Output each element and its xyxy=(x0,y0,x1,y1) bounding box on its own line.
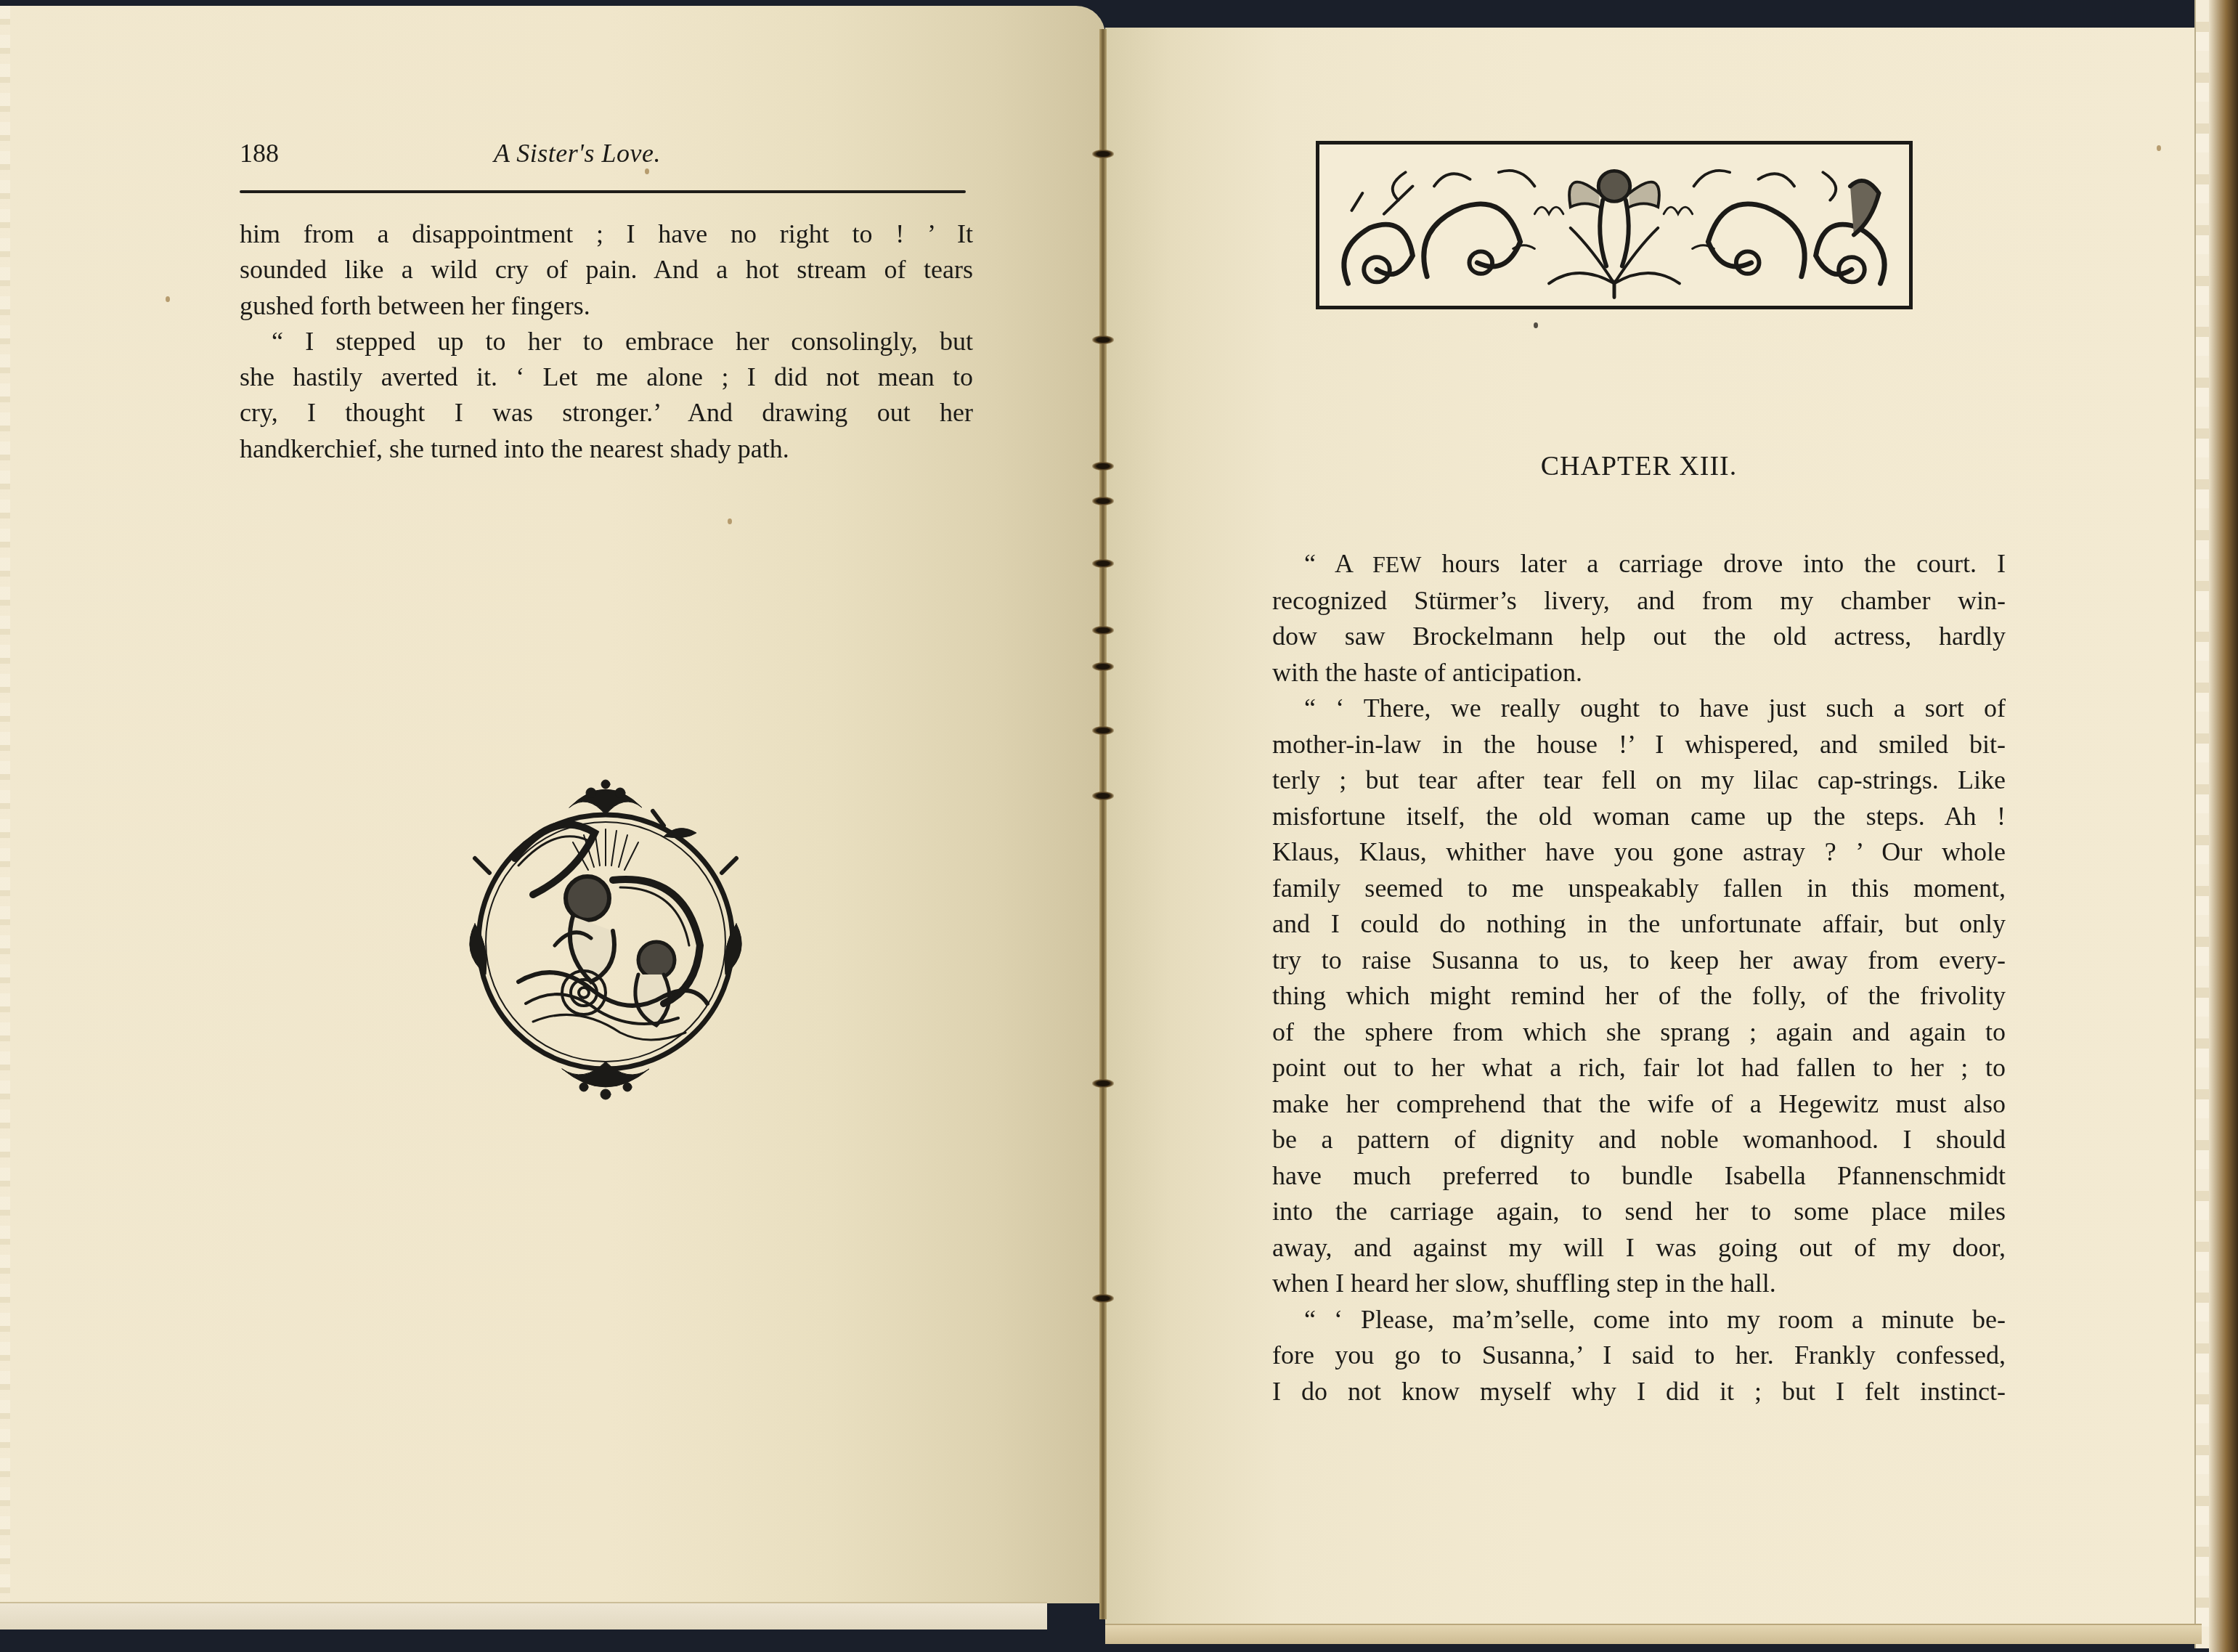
header-rule xyxy=(240,190,966,193)
text-line: “ ‘ There, we really ought to have just … xyxy=(1272,691,2006,727)
text-line: terly ; but tear after tear fell on my l… xyxy=(1272,762,2006,799)
text-line: point out to her what a rich, fair lot h… xyxy=(1272,1050,2006,1086)
binding-stitch-icon xyxy=(1092,150,1114,158)
right-page-body: “ A FEW hours later a carriage drove int… xyxy=(1272,546,2006,1409)
running-title: A Sister's Love. xyxy=(494,138,661,168)
text-line: try to raise Susanna to us, to keep her … xyxy=(1272,943,2006,979)
binding-stitch-icon xyxy=(1092,726,1114,735)
gutter-spine xyxy=(1099,29,1107,1619)
text-line: and I could do nothing in the unfortunat… xyxy=(1272,906,2006,943)
binding-stitch-icon xyxy=(1092,559,1114,568)
text-line: “ I stepped up to her to embrace her con… xyxy=(240,324,973,359)
foxing-spot xyxy=(166,296,170,302)
text-line: of the sphere from which she sprang ; ag… xyxy=(1272,1014,2006,1051)
text-line: be a pattern of dignity and noble womanh… xyxy=(1272,1122,2006,1158)
foxing-spot xyxy=(645,168,649,174)
text-line: cry, I thought I was stronger.’ And draw… xyxy=(240,395,973,431)
text-line: misfortune itself, the old woman came up… xyxy=(1272,799,2006,835)
binding-stitch-icon xyxy=(1092,1079,1114,1088)
text-line: sounded like a wild cry of pain. And a h… xyxy=(240,252,973,288)
book-cover-edge xyxy=(2209,0,2238,1652)
foxing-spot xyxy=(728,518,732,524)
text-line: Klaus, Klaus, whither have you gone astr… xyxy=(1272,834,2006,871)
left-page-body: him from a disappointment ; I have no ri… xyxy=(240,216,973,467)
chapter-title: CHAPTER XIII. xyxy=(1272,450,2006,482)
text-line: dow saw Brockelmann help out the old act… xyxy=(1272,619,2006,655)
left-page-bottom-edge xyxy=(0,1602,1047,1629)
text-line: I do not know myself why I did it ; but … xyxy=(1272,1374,2006,1410)
text-line: into the carriage again, to send her to … xyxy=(1272,1194,2006,1230)
text-line: she hastily averted it. ‘ Let me alone ;… xyxy=(240,359,973,395)
page-number: 188 xyxy=(240,138,279,168)
binding-stitch-icon xyxy=(1092,792,1114,800)
text-line: have much preferred to bundle Isabella P… xyxy=(1272,1158,2006,1195)
text-line: make her comprehend that the wife of a H… xyxy=(1272,1086,2006,1123)
right-page-bottom-edge xyxy=(1105,1624,2202,1644)
text-line: recognized Stürmer’s livery, and from my… xyxy=(1272,583,2006,619)
binding-stitch-icon xyxy=(1092,462,1114,471)
text-line: thing which might remind her of the foll… xyxy=(1272,978,2006,1014)
text-line: gushed forth between her fingers. xyxy=(240,288,973,324)
running-head: 188 A Sister's Love. xyxy=(240,138,966,174)
foxing-spot xyxy=(2157,145,2161,151)
binding-stitch-icon xyxy=(1092,335,1114,344)
book-spread: 188 A Sister's Love. him from a disappoi… xyxy=(0,0,2238,1652)
binding-stitch-icon xyxy=(1092,626,1114,635)
text-line: “ ‘ Please, ma’m’selle, come into my roo… xyxy=(1272,1302,2006,1338)
opening-line-rest: hours later a carriage drove into the co… xyxy=(1422,549,2006,578)
tailpiece-ornament-icon xyxy=(446,764,765,1105)
ink-speck xyxy=(1534,322,1538,328)
text-line: him from a disappointment ; I have no ri… xyxy=(240,216,973,252)
text-line: when I heard her slow, shuffling step in… xyxy=(1272,1266,2006,1302)
text-line: family seemed to me unspeakably fallen i… xyxy=(1272,871,2006,907)
text-line: away, and against my will I was going ou… xyxy=(1272,1230,2006,1266)
opening-quote: “ A xyxy=(1304,549,1372,578)
binding-stitch-icon xyxy=(1092,1294,1114,1303)
text-line: mother-in-law in the house !’ I whispere… xyxy=(1272,727,2006,763)
text-line: with the haste of anticipation. xyxy=(1272,655,2006,691)
binding-stitch-icon xyxy=(1092,497,1114,505)
headpiece-ornament-icon xyxy=(1316,141,1913,309)
text-line: fore you go to Susanna,’ I said to her. … xyxy=(1272,1338,2006,1374)
text-line: handkerchief, she turned into the neares… xyxy=(240,431,973,467)
opening-smallcaps: FEW xyxy=(1372,551,1422,577)
text-line: “ A FEW hours later a carriage drove int… xyxy=(1272,546,2006,583)
binding-stitch-icon xyxy=(1092,662,1114,671)
